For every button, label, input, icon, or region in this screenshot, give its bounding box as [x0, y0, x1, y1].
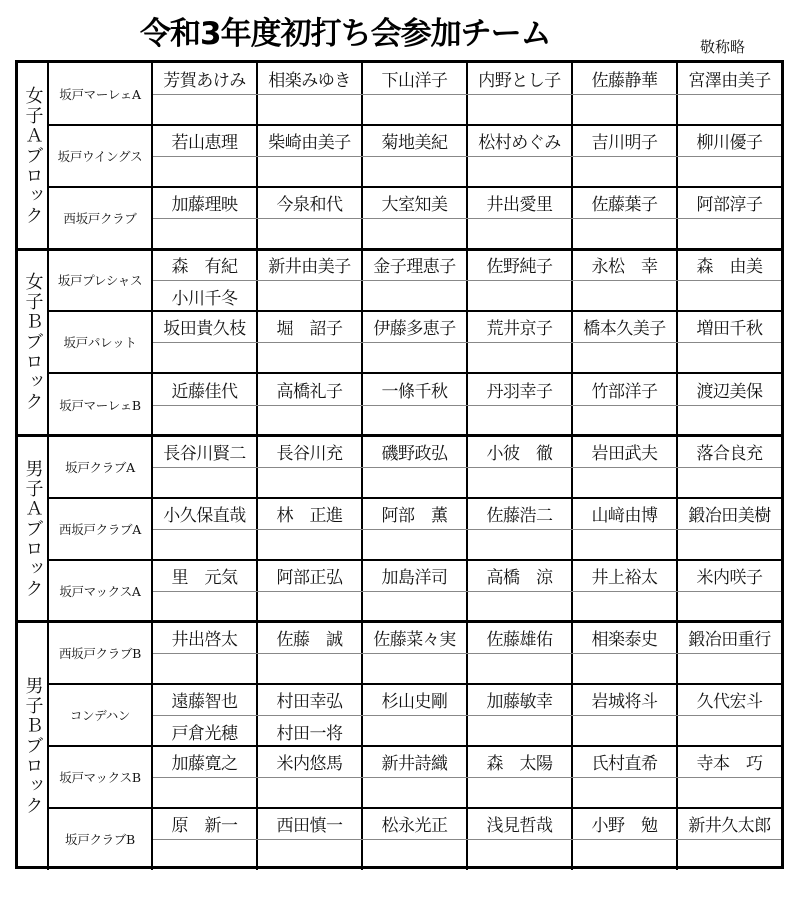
member-subrow [153, 529, 781, 560]
member-cells: 井出啓太佐藤 誠佐藤菜々実佐藤雄佑相楽泰史鍛冶田重行 [153, 622, 781, 684]
member-cell: 若山恵理 [153, 125, 258, 156]
member-cell: 佐藤葉子 [573, 187, 678, 218]
member-cell [258, 654, 363, 684]
member-cell: 坂田貴久枝 [153, 311, 258, 342]
member-cell [258, 778, 363, 808]
member-cells: 森 有紀新井由美子金子理恵子佐野純子永松 幸森 由美小川千冬 [153, 249, 781, 311]
member-cell: 寺本 巧 [678, 746, 781, 777]
member-cell: 金子理恵子 [363, 249, 468, 280]
member-cell: 遠藤智也 [153, 684, 258, 715]
member-subrow: 井出啓太佐藤 誠佐藤菜々実佐藤雄佑相楽泰史鍛冶田重行 [153, 622, 781, 653]
member-cell [258, 281, 363, 311]
member-subrow: 長谷川賢二長谷川充磯野政弘小彼 徹岩田武夫落合良充 [153, 436, 781, 467]
member-subrow: 戸倉光穂村田一将 [153, 715, 781, 746]
member-cell [363, 281, 468, 311]
member-cell: 相楽みゆき [258, 63, 363, 94]
honorific-note: 敬称略 [700, 38, 745, 56]
block-label: 女子Ａブロック [18, 63, 49, 249]
team-name: 坂戸クラブA [49, 436, 153, 498]
member-cell: 鍛冶田美樹 [678, 498, 781, 529]
team-name: 坂戸プレシャス [49, 249, 153, 311]
member-cells: 若山恵理柴崎由美子菊地美紀松村めぐみ吉川明子柳川優子 [153, 125, 781, 187]
member-cell: 井出愛里 [468, 187, 573, 218]
member-cell: 今泉和代 [258, 187, 363, 218]
member-cell [573, 468, 678, 498]
member-cell: 林 正進 [258, 498, 363, 529]
block-label: 女子Ｂブロック [18, 249, 49, 435]
member-cell: 井上裕太 [573, 560, 678, 591]
member-cell [363, 716, 468, 746]
member-subrow: 加藤理映今泉和代大室知美井出愛里佐藤葉子阿部淳子 [153, 187, 781, 218]
member-cell: 杉山史剛 [363, 684, 468, 715]
member-cell: 佐藤浩二 [468, 498, 573, 529]
member-cell: 小彼 徹 [468, 436, 573, 467]
member-cell: 内野とし子 [468, 63, 573, 94]
member-cell [258, 157, 363, 187]
member-subrow: 加藤寛之米内悠馬新井詩織森 太陽氏村直希寺本 巧 [153, 746, 781, 777]
member-cell [468, 654, 573, 684]
team-row: 西坂戸クラブB井出啓太佐藤 誠佐藤菜々実佐藤雄佑相楽泰史鍛冶田重行 [49, 622, 781, 684]
member-cell: 伊藤多恵子 [363, 311, 468, 342]
member-cell [678, 778, 781, 808]
member-cell [258, 840, 363, 870]
member-cell: 丹羽幸子 [468, 373, 573, 404]
member-cells: 加藤寛之米内悠馬新井詩織森 太陽氏村直希寺本 巧 [153, 746, 781, 808]
member-cell [468, 778, 573, 808]
member-cells: 原 新一西田慎一松永光正浅見哲哉小野 勉新井久太郎 [153, 808, 781, 870]
block-label-text: 男子Ｂブロック [22, 676, 44, 816]
member-cell [573, 406, 678, 436]
team-name: 坂戸マーレェA [49, 63, 153, 125]
member-cell [468, 840, 573, 870]
member-cell: 堀 詔子 [258, 311, 363, 342]
member-cell [468, 530, 573, 560]
member-cell: 吉川明子 [573, 125, 678, 156]
member-cell [573, 778, 678, 808]
member-cells: 加藤理映今泉和代大室知美井出愛里佐藤葉子阿部淳子 [153, 187, 781, 249]
member-cell: 森 由美 [678, 249, 781, 280]
member-cell [678, 592, 781, 622]
member-cell: 新井由美子 [258, 249, 363, 280]
team-row: 坂戸プレシャス森 有紀新井由美子金子理恵子佐野純子永松 幸森 由美小川千冬 [49, 249, 781, 311]
member-cells: 芳賀あけみ相楽みゆき下山洋子内野とし子佐藤静華宮澤由美子 [153, 63, 781, 125]
member-cell [363, 95, 468, 125]
member-cell [153, 778, 258, 808]
member-subrow [153, 342, 781, 373]
member-cell: 西田慎一 [258, 808, 363, 839]
member-cell [468, 343, 573, 373]
member-cell: 加藤寛之 [153, 746, 258, 777]
member-subrow [153, 405, 781, 436]
team-name: 西坂戸クラブA [49, 498, 153, 560]
member-cell: 阿部淳子 [678, 187, 781, 218]
team-row: コンデハン遠藤智也村田幸弘杉山史剛加藤敏幸岩城将斗久代宏斗戸倉光穂村田一将 [49, 684, 781, 746]
team-name: 坂戸マックスB [49, 746, 153, 808]
member-cell [468, 716, 573, 746]
member-cell [363, 406, 468, 436]
member-cell: 佐藤雄佑 [468, 622, 573, 653]
member-subrow [153, 467, 781, 498]
member-cell [363, 654, 468, 684]
team-row: 西坂戸クラブ加藤理映今泉和代大室知美井出愛里佐藤葉子阿部淳子 [49, 187, 781, 249]
team-name: 坂戸マーレェB [49, 373, 153, 435]
member-cell: 下山洋子 [363, 63, 468, 94]
team-name: コンデハン [49, 684, 153, 746]
member-cell [153, 343, 258, 373]
member-subrow: 坂田貴久枝堀 詔子伊藤多恵子荒井京子橋本久美子増田千秋 [153, 311, 781, 342]
member-cell [153, 406, 258, 436]
member-cell: 岩田武夫 [573, 436, 678, 467]
member-cell: 村田一将 [258, 716, 363, 746]
member-cell: 高橋礼子 [258, 373, 363, 404]
team-row: 坂戸マーレェA芳賀あけみ相楽みゆき下山洋子内野とし子佐藤静華宮澤由美子 [49, 63, 781, 125]
member-cell [573, 716, 678, 746]
member-cell [153, 592, 258, 622]
member-cell [363, 592, 468, 622]
member-cell [258, 468, 363, 498]
member-cell [153, 530, 258, 560]
member-cell: 小川千冬 [153, 281, 258, 311]
member-subrow [153, 156, 781, 187]
team-name: 坂戸パレット [49, 311, 153, 373]
member-cell [468, 592, 573, 622]
member-subrow [153, 777, 781, 808]
member-cell: 戸倉光穂 [153, 716, 258, 746]
member-cell: 加藤理映 [153, 187, 258, 218]
member-cell: 長谷川賢二 [153, 436, 258, 467]
team-name: 西坂戸クラブ [49, 187, 153, 249]
member-cell: 原 新一 [153, 808, 258, 839]
member-cell: 小久保直哉 [153, 498, 258, 529]
team-row: 西坂戸クラブA小久保直哉林 正進阿部 薫佐藤浩二山﨑由博鍛冶田美樹 [49, 498, 781, 560]
member-cell [153, 157, 258, 187]
member-cell [363, 840, 468, 870]
member-cell [573, 840, 678, 870]
member-cell: 鍛冶田重行 [678, 622, 781, 653]
member-cell: 増田千秋 [678, 311, 781, 342]
block-3: 男子Ａブロック坂戸クラブA長谷川賢二長谷川充磯野政弘小彼 徹岩田武夫落合良充西坂… [18, 436, 781, 622]
team-row: 坂戸マックスB加藤寛之米内悠馬新井詩織森 太陽氏村直希寺本 巧 [49, 746, 781, 808]
member-cell [468, 406, 573, 436]
block-label: 男子Ａブロック [18, 436, 49, 622]
member-cell: 一條千秋 [363, 373, 468, 404]
member-cell [363, 778, 468, 808]
member-cell [678, 281, 781, 311]
member-cell: 氏村直希 [573, 746, 678, 777]
member-subrow [153, 653, 781, 684]
team-row: 坂戸マックスA里 元気阿部正弘加島洋司高橋 涼井上裕太米内咲子 [49, 560, 781, 622]
member-cell: 菊地美紀 [363, 125, 468, 156]
member-cell [573, 219, 678, 249]
member-cell [363, 530, 468, 560]
member-cell: 柴崎由美子 [258, 125, 363, 156]
member-cell [153, 95, 258, 125]
member-cell: 村田幸弘 [258, 684, 363, 715]
member-cell [153, 219, 258, 249]
member-cells: 里 元気阿部正弘加島洋司高橋 涼井上裕太米内咲子 [153, 560, 781, 622]
member-cell [153, 840, 258, 870]
member-cell [363, 157, 468, 187]
member-subrow: 芳賀あけみ相楽みゆき下山洋子内野とし子佐藤静華宮澤由美子 [153, 63, 781, 94]
member-cell [678, 406, 781, 436]
member-cell: 相楽泰史 [573, 622, 678, 653]
team-row: 坂戸パレット坂田貴久枝堀 詔子伊藤多恵子荒井京子橋本久美子増田千秋 [49, 311, 781, 373]
member-subrow: 原 新一西田慎一松永光正浅見哲哉小野 勉新井久太郎 [153, 808, 781, 839]
member-subrow: 近藤佳代高橋礼子一條千秋丹羽幸子竹部洋子渡辺美保 [153, 373, 781, 404]
page-title: 令和3年度初打ち会参加チーム [140, 14, 600, 54]
block-label: 男子Ｂブロック [18, 622, 49, 870]
team-row: 坂戸クラブB原 新一西田慎一松永光正浅見哲哉小野 勉新井久太郎 [49, 808, 781, 870]
member-cell: 井出啓太 [153, 622, 258, 653]
member-cell: 米内咲子 [678, 560, 781, 591]
team-roster-table: 女子Ａブロック坂戸マーレェA芳賀あけみ相楽みゆき下山洋子内野とし子佐藤静華宮澤由… [15, 60, 784, 869]
member-cell [258, 406, 363, 436]
member-cell: 阿部 薫 [363, 498, 468, 529]
member-subrow [153, 94, 781, 125]
member-cell [468, 219, 573, 249]
team-name: 坂戸クラブB [49, 808, 153, 870]
member-subrow: 小久保直哉林 正進阿部 薫佐藤浩二山﨑由博鍛冶田美樹 [153, 498, 781, 529]
member-cell: 米内悠馬 [258, 746, 363, 777]
member-cell [678, 716, 781, 746]
member-cell [678, 95, 781, 125]
member-cells: 坂田貴久枝堀 詔子伊藤多恵子荒井京子橋本久美子増田千秋 [153, 311, 781, 373]
member-cell [468, 95, 573, 125]
member-cell [678, 654, 781, 684]
team-row: 坂戸ウイングス若山恵理柴崎由美子菊地美紀松村めぐみ吉川明子柳川優子 [49, 125, 781, 187]
member-cell: 松永光正 [363, 808, 468, 839]
member-cell [468, 157, 573, 187]
member-cell [573, 654, 678, 684]
member-cell: 森 太陽 [468, 746, 573, 777]
member-cell: 竹部洋子 [573, 373, 678, 404]
member-cell [468, 281, 573, 311]
member-cell [573, 281, 678, 311]
member-cell [363, 468, 468, 498]
member-cell: 芳賀あけみ [153, 63, 258, 94]
block-label-text: 男子Ａブロック [22, 459, 44, 599]
member-subrow [153, 591, 781, 622]
member-subrow: 若山恵理柴崎由美子菊地美紀松村めぐみ吉川明子柳川優子 [153, 125, 781, 156]
member-cell [153, 468, 258, 498]
team-name: 坂戸マックスA [49, 560, 153, 622]
member-cell [258, 530, 363, 560]
member-cell [678, 468, 781, 498]
team-name: 坂戸ウイングス [49, 125, 153, 187]
member-subrow: 小川千冬 [153, 280, 781, 311]
member-cell: 山﨑由博 [573, 498, 678, 529]
member-cell: 落合良充 [678, 436, 781, 467]
member-cell [573, 592, 678, 622]
block-1: 女子Ａブロック坂戸マーレェA芳賀あけみ相楽みゆき下山洋子内野とし子佐藤静華宮澤由… [18, 63, 781, 249]
block-4: 男子Ｂブロック西坂戸クラブB井出啓太佐藤 誠佐藤菜々実佐藤雄佑相楽泰史鍛冶田重行… [18, 622, 781, 870]
member-cell [258, 95, 363, 125]
block-label-text: 女子Ａブロック [22, 86, 44, 226]
team-name: 西坂戸クラブB [49, 622, 153, 684]
member-cell: 佐藤 誠 [258, 622, 363, 653]
member-cell [468, 468, 573, 498]
member-cells: 長谷川賢二長谷川充磯野政弘小彼 徹岩田武夫落合良充 [153, 436, 781, 498]
member-cell: 柳川優子 [678, 125, 781, 156]
member-cells: 小久保直哉林 正進阿部 薫佐藤浩二山﨑由博鍛冶田美樹 [153, 498, 781, 560]
member-cell: 森 有紀 [153, 249, 258, 280]
member-cell: 橋本久美子 [573, 311, 678, 342]
member-cell [258, 219, 363, 249]
member-cell [678, 530, 781, 560]
member-cell: 近藤佳代 [153, 373, 258, 404]
block-2: 女子Ｂブロック坂戸プレシャス森 有紀新井由美子金子理恵子佐野純子永松 幸森 由美… [18, 249, 781, 435]
member-subrow [153, 218, 781, 249]
member-cell [573, 157, 678, 187]
member-cell [678, 219, 781, 249]
member-subrow [153, 839, 781, 870]
member-cells: 近藤佳代高橋礼子一條千秋丹羽幸子竹部洋子渡辺美保 [153, 373, 781, 435]
member-cell: 阿部正弘 [258, 560, 363, 591]
member-cell [573, 530, 678, 560]
team-row: 坂戸クラブA長谷川賢二長谷川充磯野政弘小彼 徹岩田武夫落合良充 [49, 436, 781, 498]
member-cell: 佐野純子 [468, 249, 573, 280]
member-cell: 荒井京子 [468, 311, 573, 342]
member-cell [678, 840, 781, 870]
member-cell: 大室知美 [363, 187, 468, 218]
member-cell: 高橋 涼 [468, 560, 573, 591]
member-cell: 新井久太郎 [678, 808, 781, 839]
member-cell [258, 592, 363, 622]
member-cell: 永松 幸 [573, 249, 678, 280]
member-cell: 加藤敏幸 [468, 684, 573, 715]
member-cell [573, 95, 678, 125]
member-cells: 遠藤智也村田幸弘杉山史剛加藤敏幸岩城将斗久代宏斗戸倉光穂村田一将 [153, 684, 781, 746]
member-cell: 松村めぐみ [468, 125, 573, 156]
member-cell: 小野 勉 [573, 808, 678, 839]
member-cell [678, 157, 781, 187]
member-cell: 久代宏斗 [678, 684, 781, 715]
team-row: 坂戸マーレェB近藤佳代高橋礼子一條千秋丹羽幸子竹部洋子渡辺美保 [49, 373, 781, 435]
member-cell [573, 343, 678, 373]
member-cell [363, 343, 468, 373]
member-cell: 岩城将斗 [573, 684, 678, 715]
member-cell [363, 219, 468, 249]
member-cell: 加島洋司 [363, 560, 468, 591]
member-subrow: 森 有紀新井由美子金子理恵子佐野純子永松 幸森 由美 [153, 249, 781, 280]
member-cell: 里 元気 [153, 560, 258, 591]
member-subrow: 遠藤智也村田幸弘杉山史剛加藤敏幸岩城将斗久代宏斗 [153, 684, 781, 715]
member-cell: 磯野政弘 [363, 436, 468, 467]
member-cell: 新井詩織 [363, 746, 468, 777]
member-cell: 宮澤由美子 [678, 63, 781, 94]
block-label-text: 女子Ｂブロック [22, 272, 44, 412]
member-cell [678, 343, 781, 373]
member-cell [153, 654, 258, 684]
member-cell: 長谷川充 [258, 436, 363, 467]
member-subrow: 里 元気阿部正弘加島洋司高橋 涼井上裕太米内咲子 [153, 560, 781, 591]
member-cell: 佐藤静華 [573, 63, 678, 94]
member-cell [258, 343, 363, 373]
member-cell: 佐藤菜々実 [363, 622, 468, 653]
member-cell: 渡辺美保 [678, 373, 781, 404]
member-cell: 浅見哲哉 [468, 808, 573, 839]
